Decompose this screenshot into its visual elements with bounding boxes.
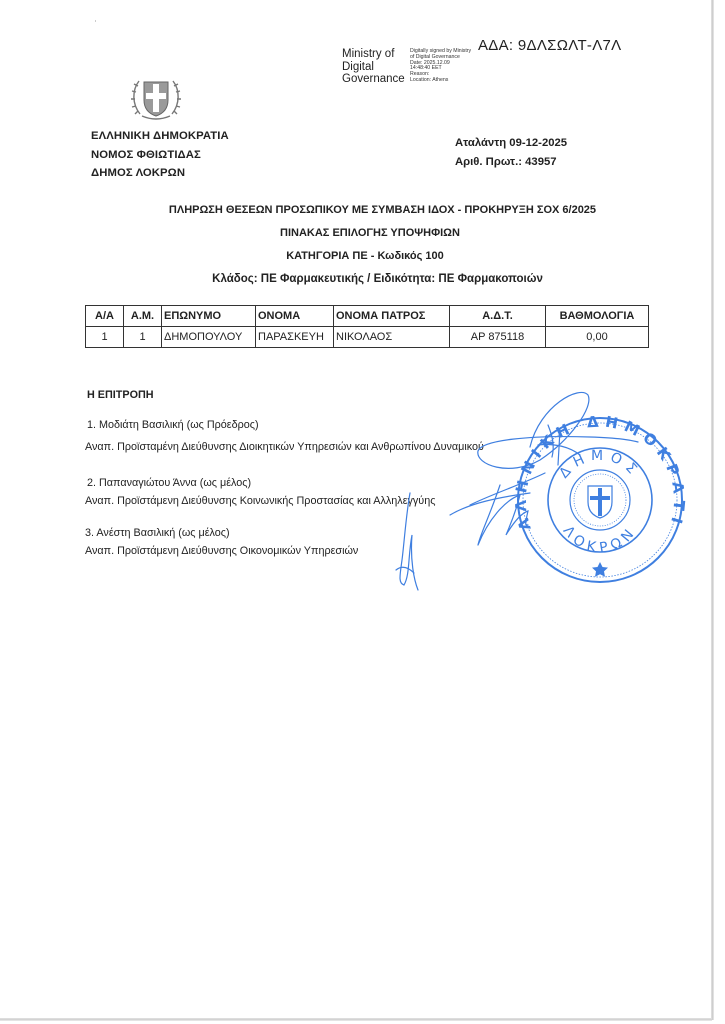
cell-am: 1 bbox=[124, 327, 162, 348]
digital-signature-details: Digitally signed by Ministry of Digital … bbox=[410, 49, 471, 84]
signature-meta-line: Location: Athens bbox=[410, 78, 471, 84]
scan-speck bbox=[95, 20, 96, 22]
title-category: ΚΑΤΗΓΟΡΙΑ ΠΕ - Κωδικός 100 bbox=[0, 248, 725, 271]
title-table: ΠΙΝΑΚΑΣ ΕΠΙΛΟΓΗΣ ΥΠΟΨΗΦΙΩΝ bbox=[0, 225, 725, 248]
cell-id-number: ΑΡ 875118 bbox=[450, 327, 546, 348]
ada-code: ΑΔΑ: 9ΔΛΣΩΛΤ-Λ7Λ bbox=[478, 37, 621, 54]
svg-text:ΛΟΚΡΩΝ: ΛΟΚΡΩΝ bbox=[560, 523, 641, 556]
cell-name: ΠΑΡΑΣΚΕΥΗ bbox=[256, 327, 334, 348]
ministry-line: Governance bbox=[342, 73, 405, 86]
candidates-table: Α/Α Α.Μ. ΕΠΩΝΥΜΟ ΟΝΟΜΑ ΟΝΟΜΑ ΠΑΤΡΟΣ Α.Δ.… bbox=[85, 305, 649, 348]
title-specialty: Κλάδος: ΠΕ Φαρμακευτικής / Ειδικότητα: Π… bbox=[0, 271, 725, 294]
scan-edge-right bbox=[711, 0, 714, 1020]
document-titles: ΠΛΗΡΩΣΗ ΘΕΣΕΩΝ ΠΡΟΣΩΠΙΚΟΥ ΜΕ ΣΥΜΒΑΣΗ ΙΔΟ… bbox=[0, 202, 725, 294]
stamp-inner-top: ΔΗΜΟΣ bbox=[556, 448, 643, 482]
ministry-line: Digital bbox=[342, 61, 405, 74]
svg-text:ΔΗΜΟΣ: ΔΗΜΟΣ bbox=[556, 448, 643, 482]
column-header: ΒΑΘΜΟΛΟΓΙΑ bbox=[546, 306, 649, 327]
title-recruitment: ΠΛΗΡΩΣΗ ΘΕΣΕΩΝ ΠΡΟΣΩΠΙΚΟΥ ΜΕ ΣΥΜΒΑΣΗ ΙΔΟ… bbox=[0, 202, 725, 225]
issuer-line: ΝΟΜΟΣ ΦΘΙΩΤΙΔΑΣ bbox=[91, 146, 229, 165]
table-header-row: Α/Α Α.Μ. ΕΠΩΝΥΜΟ ΟΝΟΜΑ ΟΝΟΜΑ ΠΑΤΡΟΣ Α.Δ.… bbox=[86, 306, 649, 327]
cell-score: 0,00 bbox=[546, 327, 649, 348]
ministry-line: Ministry of bbox=[342, 48, 405, 61]
issuer-block: ΕΛΛΗΝΙΚΗ ΔΗΜΟΚΡΑΤΙΑ ΝΟΜΟΣ ΦΘΙΩΤΙΔΑΣ ΔΗΜΟ… bbox=[91, 127, 229, 183]
issuer-line: ΔΗΜΟΣ ΛΟΚΡΩΝ bbox=[91, 164, 229, 183]
column-header: ΟΝΟΜΑ bbox=[256, 306, 334, 327]
scan-edge-bottom bbox=[0, 1018, 712, 1021]
column-header: ΕΠΩΝΥΜΟ bbox=[162, 306, 256, 327]
date-protocol-block: Αταλάντη 09-12-2025 Αριθ. Πρωτ.: 43957 bbox=[455, 134, 567, 171]
table-row: 1 1 ΔΗΜΟΠΟΥΛΟΥ ΠΑΡΑΣΚΕΥΗ ΝΙΚΟΛΑΟΣ ΑΡ 875… bbox=[86, 327, 649, 348]
cell-father-name: ΝΙΚΟΛΑΟΣ bbox=[334, 327, 450, 348]
column-header: Α/Α bbox=[86, 306, 124, 327]
cell-index: 1 bbox=[86, 327, 124, 348]
stamp-inner-bottom: ΛΟΚΡΩΝ bbox=[560, 523, 641, 556]
cell-surname: ΔΗΜΟΠΟΥΛΟΥ bbox=[162, 327, 256, 348]
column-header: Α.Δ.Τ. bbox=[450, 306, 546, 327]
place-date: Αταλάντη 09-12-2025 bbox=[455, 134, 567, 153]
column-header: Α.Μ. bbox=[124, 306, 162, 327]
coat-of-arms-icon bbox=[130, 74, 182, 122]
signatures-and-stamp: ΕΛΛΗΝΙΚΗ ΔΗΜΟΚΡΑΤΙΑ ΔΗΜΟΣ ΛΟΚΡΩΝ bbox=[380, 385, 700, 605]
issuer-line: ΕΛΛΗΝΙΚΗ ΔΗΜΟΚΡΑΤΙΑ bbox=[91, 127, 229, 146]
protocol-number: Αριθ. Πρωτ.: 43957 bbox=[455, 153, 567, 172]
ministry-signature-label: Ministry of Digital Governance bbox=[342, 48, 405, 86]
column-header: ΟΝΟΜΑ ΠΑΤΡΟΣ bbox=[334, 306, 450, 327]
